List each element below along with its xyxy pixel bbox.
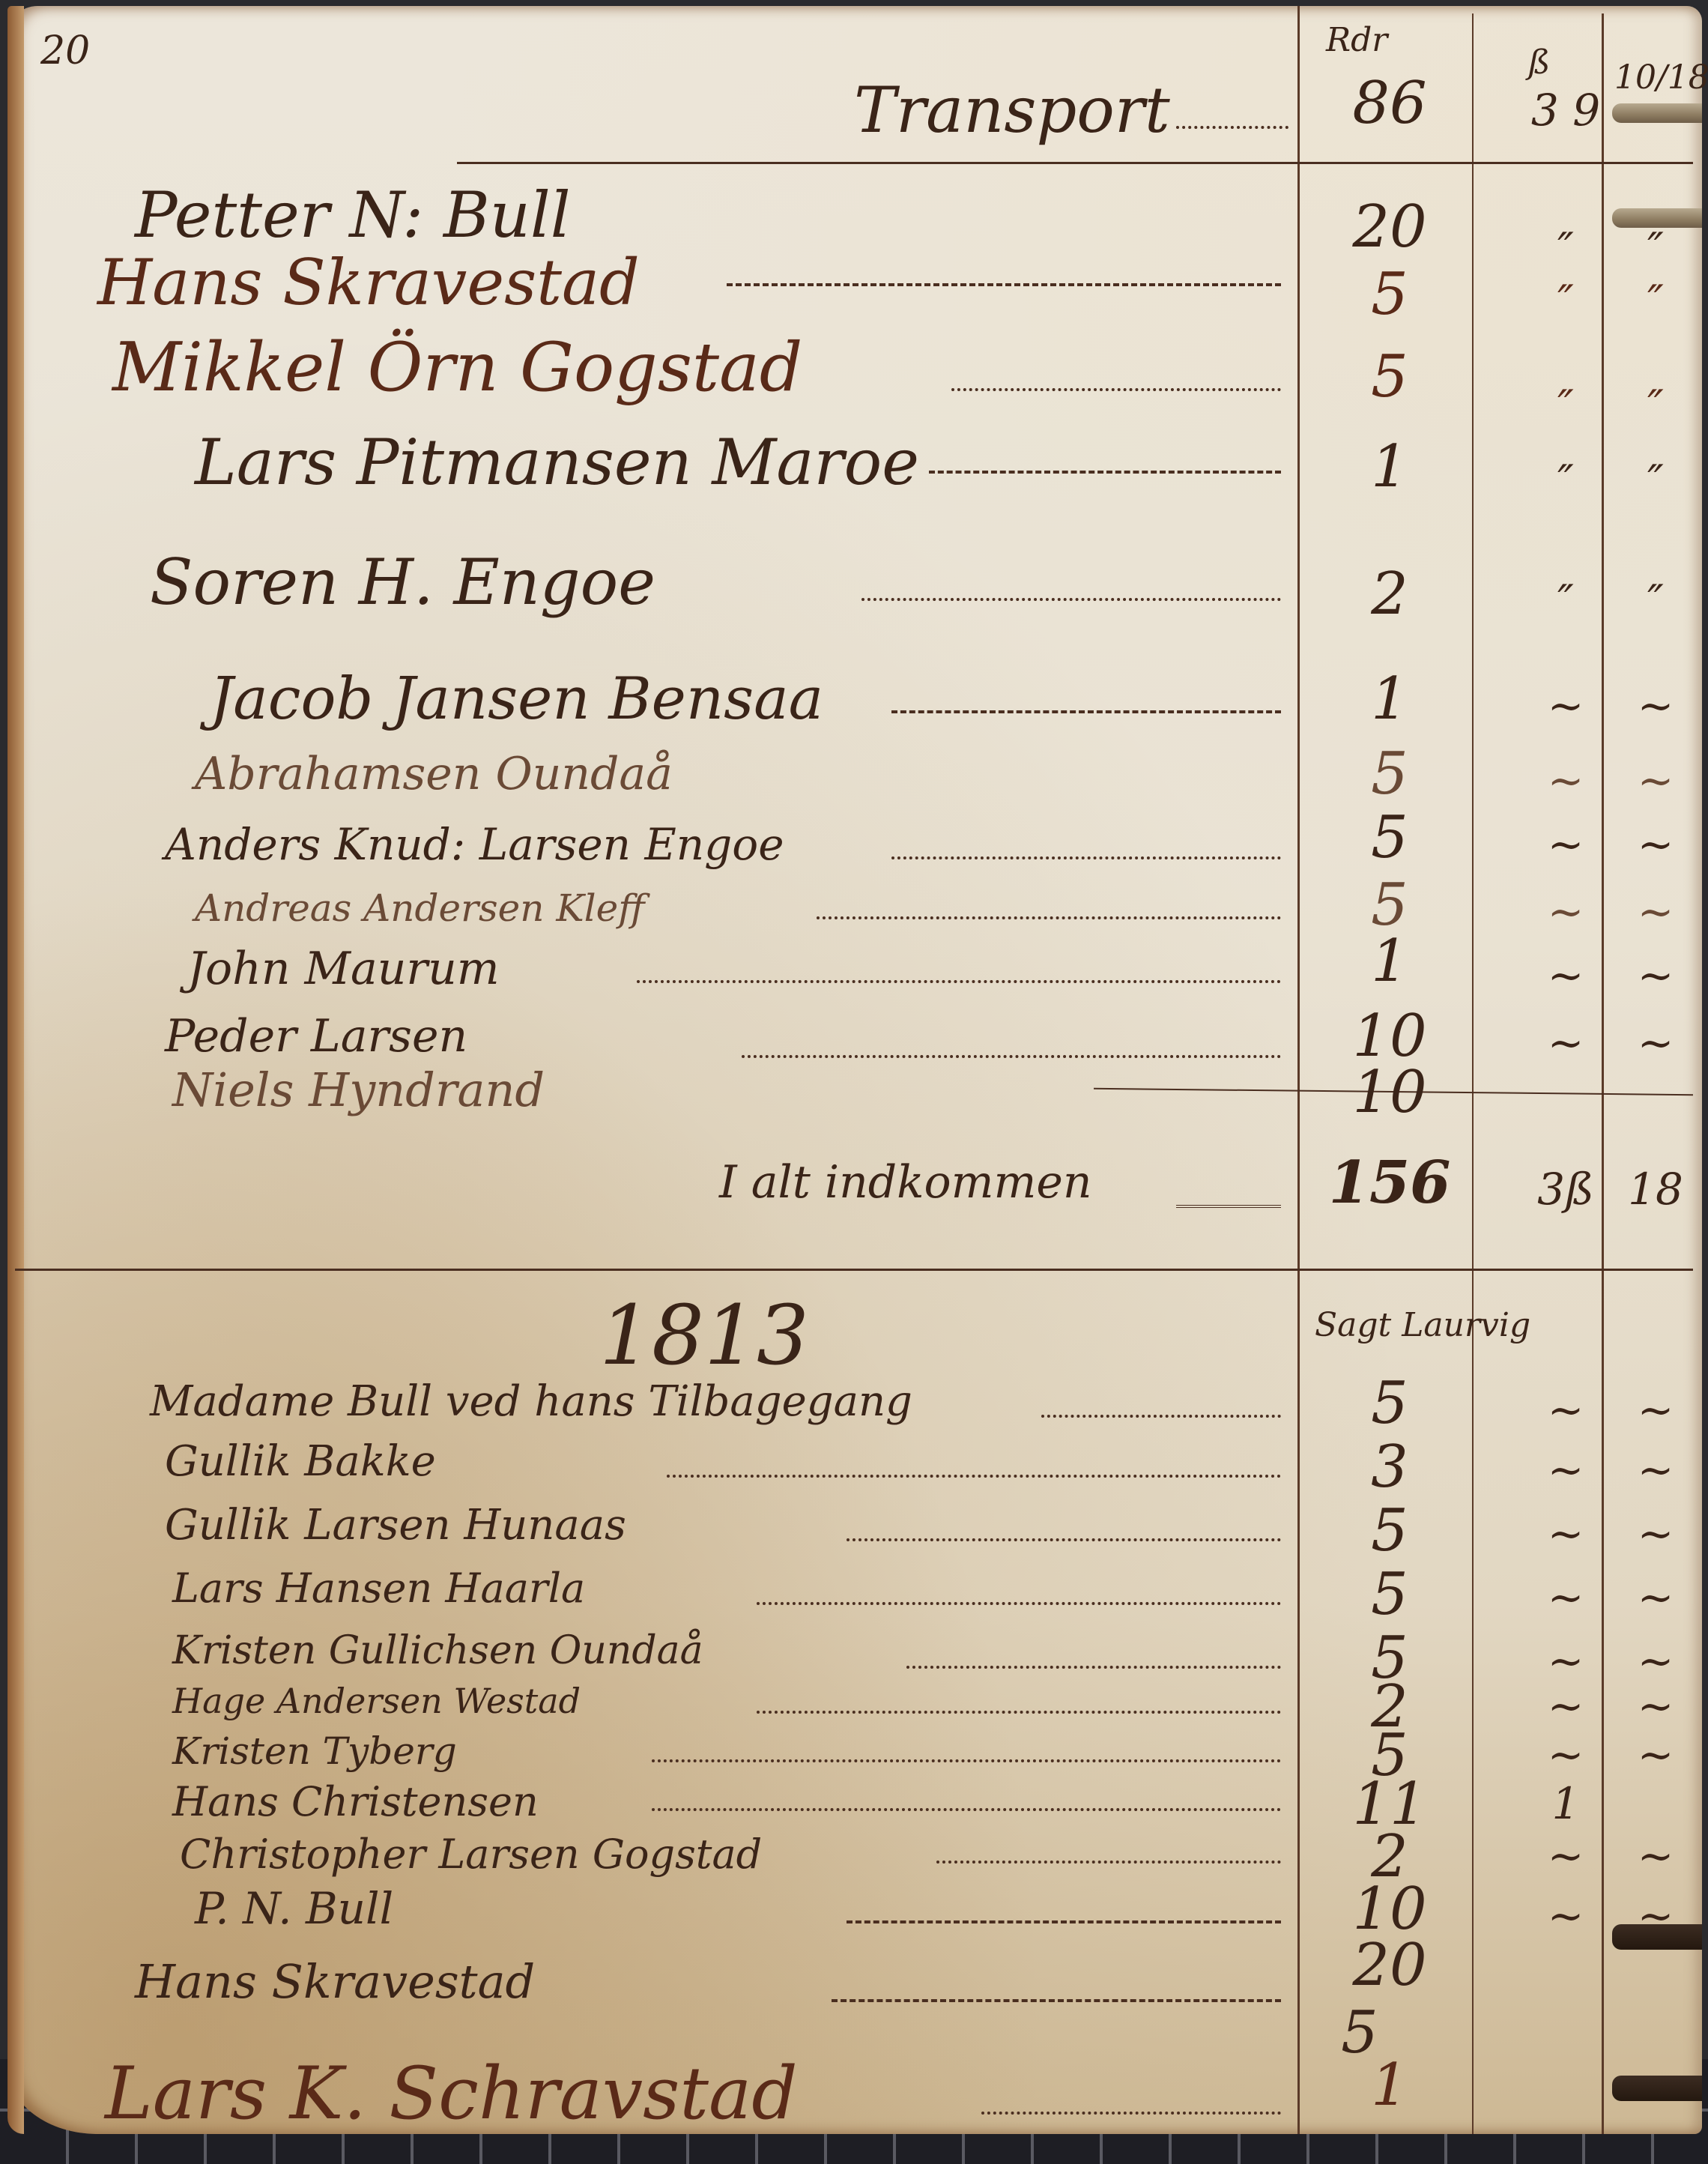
total-label: I alt indkommen [719,1156,1092,1209]
total-ore: 18 [1614,1164,1697,1215]
contributor-name: Mikkel Örn Gogstad [112,328,802,407]
total-rdr: 156 [1296,1149,1483,1217]
amount-ore: ~ [1614,1385,1697,1436]
amount-ore: ~ [1614,1508,1697,1559]
dotted-leader [847,1538,1281,1541]
section-subheading: Sagt Laurvig [1315,1306,1530,1344]
ledger-page: 20 Rdr ß Transport 86 3 9 10/18 Petter N… [7,6,1702,2134]
transport-label: Transport [854,73,1170,147]
dotted-leader [1041,1415,1281,1418]
amount-rdr: 2 [1296,560,1483,628]
amount-ore: ~ [1614,1445,1697,1496]
amount-ore: ~ [1614,1831,1697,1882]
contributor-name: Lars Pitmansen Maroe [195,426,919,499]
contributor-name: Abrahamsen Oundaå [195,748,673,800]
transport-ore: 10/18 [1614,58,1697,97]
dotted-leader [847,1920,1281,1923]
amount-ore: ~ [1614,1891,1697,1941]
amount-rdr: 5 [1296,740,1483,808]
amount-ore: ″ [1614,381,1697,432]
amount-rdr: 20 [1296,193,1483,261]
dotted-leader [981,2112,1281,2115]
amount-ore: ″ [1614,223,1697,274]
contributor-name: Kristen Gullichsen Oundaå [172,1628,703,1673]
amount-ore: ~ [1614,950,1697,1001]
dotted-leader [742,1055,1281,1058]
amount-sk: 1 [1494,1778,1637,1829]
binding-thread [1612,2076,1702,2101]
contributor-name: Hans Christensen [172,1778,539,1825]
amount-rdr: 5 [1296,1370,1483,1437]
folio-number: 20 [40,28,90,73]
amount-ore: ~ [1614,1636,1697,1687]
dotted-leader [1176,126,1288,129]
page-edge [7,6,24,2134]
amount-rdr: 20 [1296,1932,1483,1999]
equals-leader [1176,1205,1281,1208]
contributor-name: Petter N: Bull [135,178,571,252]
dotted-leader [906,1666,1281,1669]
dotted-leader [832,1999,1281,2002]
dotted-leader [861,598,1281,601]
amount-rdr: 5 [1296,1561,1483,1628]
contributor-name: Gullik Larsen Hunaas [165,1501,626,1550]
contributor-name: Kristen Tyberg [172,1729,457,1773]
amount-rdr: 10 [1296,1059,1483,1126]
amount-rdr: 1 [1296,928,1483,995]
contributor-name: Lars K. Schravstad [105,2052,798,2136]
amount-ore: ~ [1614,755,1697,806]
amount-ore: ~ [1614,886,1697,937]
amount-ore: ~ [1614,1572,1697,1623]
contributor-name: John Maurum [187,943,500,995]
dotted-leader [891,856,1281,859]
contributor-name: P. N. Bull [195,1883,393,1934]
contributor-name: Soren H. Engoe [150,545,655,619]
amount-rdr: 5 [1296,1497,1483,1565]
column-header-sk: ß [1528,43,1550,82]
contributor-name: Lars Hansen Haarla [172,1565,585,1612]
column-header-rdr: Rdr [1326,21,1387,59]
amount-ore: ~ [1614,680,1697,731]
contributor-name: Gullik Bakke [165,1437,436,1486]
contributor-name: Anders Knud: Larsen Engoe [165,819,784,870]
contributor-name: Peder Larsen [165,1010,467,1063]
transport-rule [457,162,1693,164]
dotted-leader [817,916,1281,919]
transport-rdr: 86 [1296,70,1483,137]
contributor-name: Andreas Andersen Kleff [195,886,645,930]
dotted-leader [757,1602,1281,1605]
amount-ore: ″ [1614,575,1697,626]
dotted-leader [727,283,1281,286]
amount-rdr: 5 [1296,261,1483,328]
amount-rdr: 1 [1296,433,1483,501]
contributor-name: Madame Bull ved hans Tilbagegang [150,1377,912,1426]
contributor-name: Jacob Jansen Bensaa [210,665,823,733]
amount-ore: ~ [1614,1681,1697,1732]
contributor-name: Hans Skravestad [97,246,640,319]
dotted-leader [667,1475,1281,1478]
amount-ore: ~ [1614,819,1697,870]
amount-rdr: 1 [1296,665,1483,733]
dotted-leader [891,710,1281,713]
amount-ore: ~ [1614,1018,1697,1069]
dotted-leader [637,980,1281,983]
contributor-name: Christopher Larsen Gogstad [180,1831,762,1878]
contributor-name: Hage Andersen Westad [172,1681,581,1721]
contributor-name: Niels Hyndrand [172,1063,545,1117]
amount-ore: ″ [1614,456,1697,507]
dotted-leader [929,471,1281,474]
amount-ore: ~ [1614,1729,1697,1780]
amount-rdr: 5 [1296,804,1483,871]
year-heading: 1813 [599,1287,809,1383]
amount-rdr: 1 [1296,2052,1483,2119]
amount-ore: ″ [1614,276,1697,327]
dotted-leader [936,1861,1281,1864]
dotted-leader [652,1808,1281,1811]
year-divider-rule [15,1269,1693,1271]
dotted-leader [652,1759,1281,1762]
dotted-leader [757,1711,1281,1714]
contributor-name: Hans Skravestad [135,1954,535,2009]
dotted-leader [951,388,1281,391]
amount-rdr: 3 [1296,1433,1483,1501]
amount-rdr: 5 [1296,343,1483,411]
